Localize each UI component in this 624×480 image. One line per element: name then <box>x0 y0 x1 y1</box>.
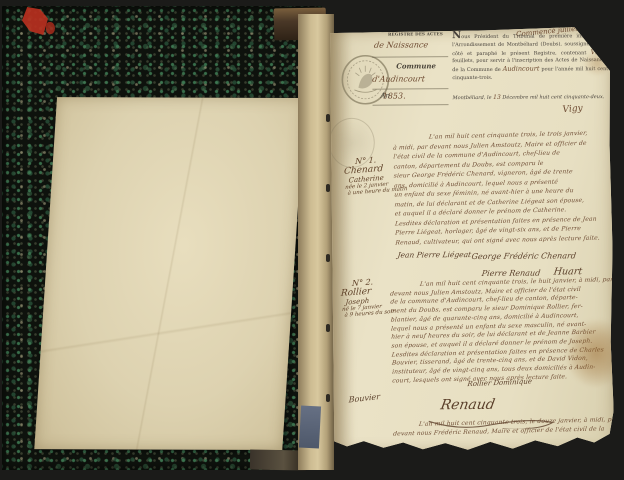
binding-stitch <box>326 324 330 332</box>
binding-stitch <box>326 394 330 402</box>
commune-name-handwritten: Audincourt <box>503 65 540 73</box>
register-title-label: REGISTRE DES ACTES <box>388 31 443 36</box>
header-rule <box>372 56 448 58</box>
act2-signature: Rollier Dominique <box>467 377 532 388</box>
wax-seal-remnant-small <box>46 22 55 34</box>
act2-margin-note: N° 2. Rollier Joseph né le 7 janvier à 9… <box>340 276 395 319</box>
drop-cap: N <box>452 30 461 41</box>
dateline-part1: Montbéliard, le <box>452 95 493 101</box>
header-rule <box>373 104 449 106</box>
binding-stitch <box>326 114 330 122</box>
header-rule <box>372 88 448 90</box>
act1-handwritten-text: L'an mil huit cent cinquante trois, le t… <box>393 128 612 247</box>
certificate-part1: ous Président du Tribunal de première in… <box>452 33 608 57</box>
year-label: An <box>380 92 390 100</box>
book-gutter <box>298 14 334 470</box>
president-signature: Vigy <box>562 104 583 116</box>
act2-signature: Bouvier <box>349 392 381 405</box>
certificate-dateline: Montbéliard, le 13 Décembre mil huit cen… <box>452 93 610 101</box>
year-line: An 1853. <box>380 91 405 100</box>
photographed-register-scene: Commencé juillet REGISTRE DES ACTES de N… <box>0 0 624 480</box>
paper-stain <box>564 318 624 388</box>
register-page: Commencé juillet REGISTRE DES ACTES de N… <box>330 26 614 455</box>
commune-label: Commune <box>396 61 436 70</box>
act1-signature: Jean Pierre Liégeat <box>397 250 472 260</box>
act1-signature: Pierre Renaud <box>481 269 541 278</box>
binding-stitch <box>326 184 330 192</box>
paper-stain-small <box>582 50 612 76</box>
dateline-part2: Décembre mil huit cent cinquante-deux. <box>501 94 605 101</box>
act1-signature: Huart <box>553 266 583 277</box>
commune-value-handwritten: d'Audincourt <box>372 74 426 83</box>
book-inside-cover <box>2 6 322 470</box>
register-type-handwritten: de Naissance <box>374 40 429 49</box>
wax-seal-remnant <box>22 7 48 35</box>
pastedown-paper <box>34 97 305 450</box>
act1-signature: George Frédéric Chenard <box>471 251 577 261</box>
binding-stitch <box>326 254 330 262</box>
gutter-cloth-patch <box>299 406 321 449</box>
